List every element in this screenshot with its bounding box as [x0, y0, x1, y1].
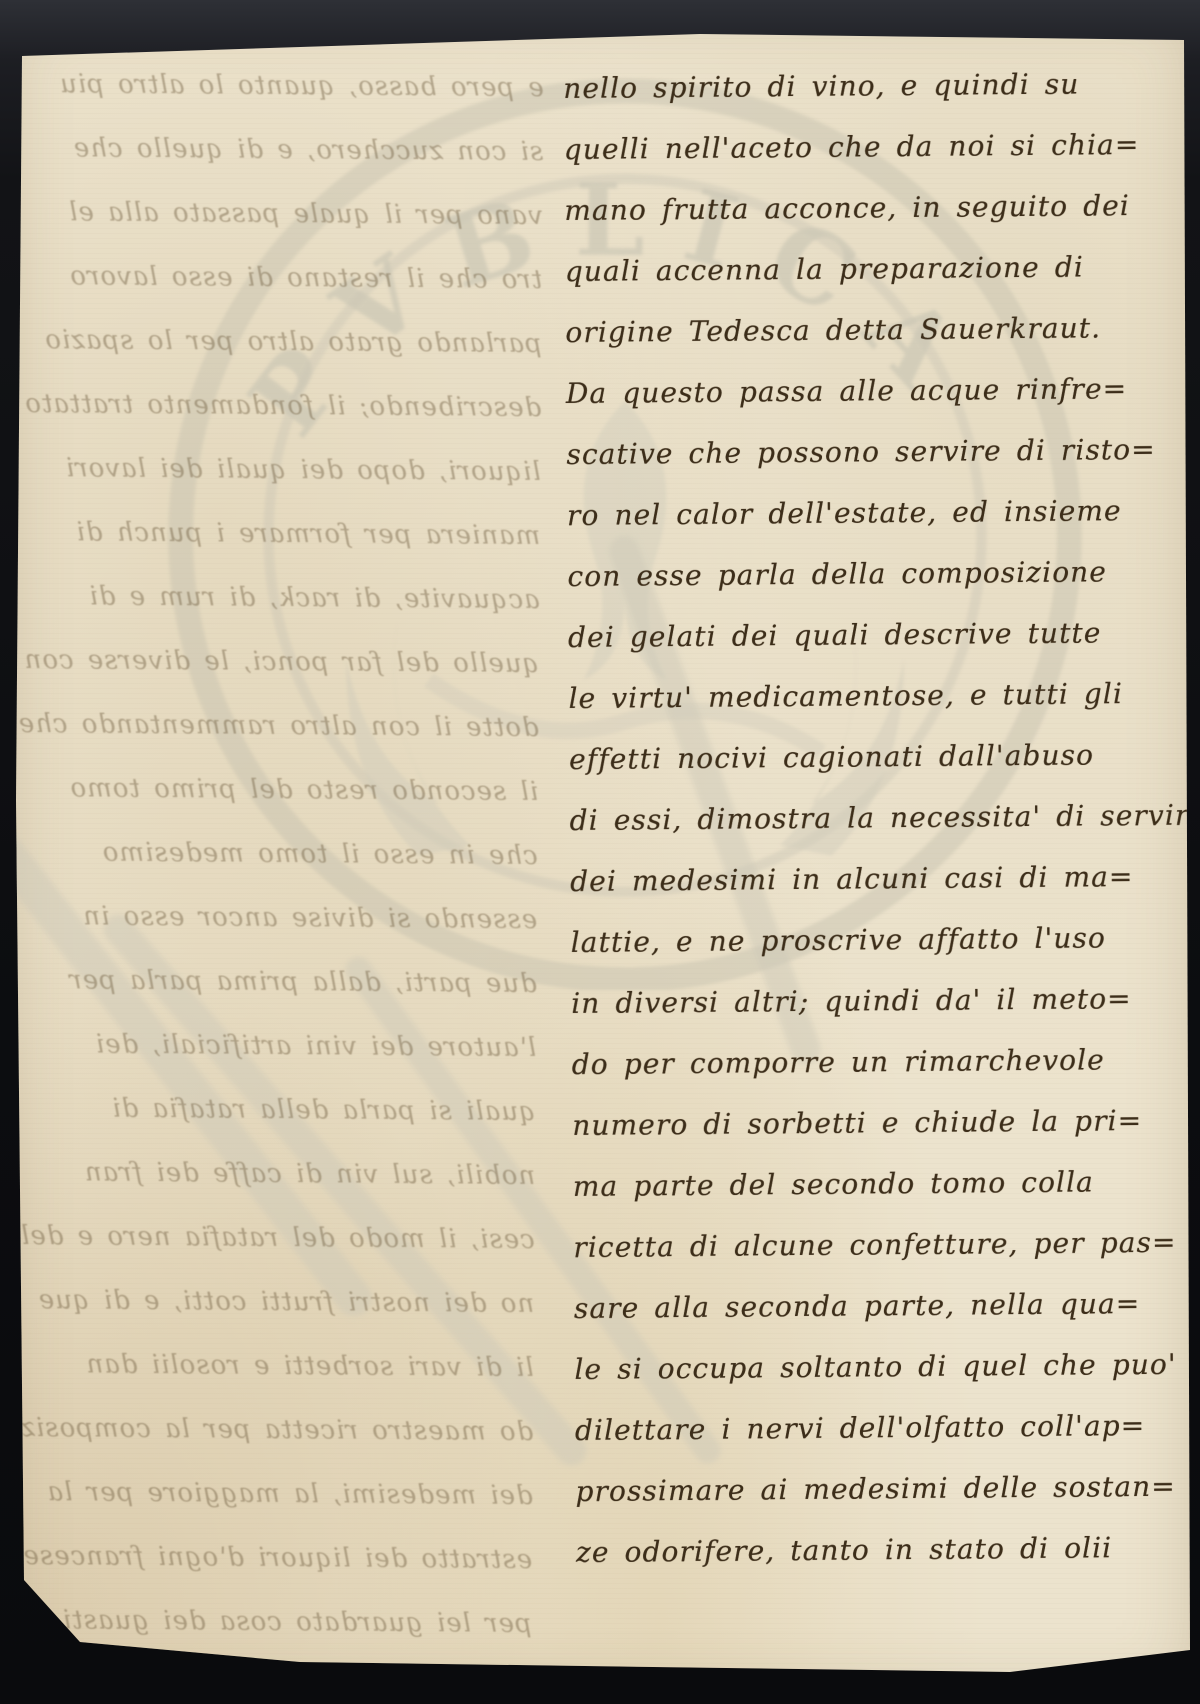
manuscript-line: mano frutta acconce, in seguito dei [564, 175, 1179, 241]
bleedthrough-line: per lei guardato cosa dei guasti [23, 1588, 531, 1656]
bleedthrough-line: quello del far ponci, le diverse con [31, 628, 539, 696]
bleedthrough-line: e pero basso, quanto lo altro piu [35, 52, 543, 120]
bleedthrough-line: quali si parla della ratafia di [27, 1076, 535, 1144]
bleedthrough-line: estratto dei liquori d'ogni francese [24, 1524, 532, 1592]
manuscript-line: quali accenna la preparazione di [565, 236, 1180, 302]
bleedthrough-line: si con zucchero, e di quello che [35, 116, 543, 184]
manuscript-line: ma parte del secondo tomo colla [573, 1151, 1188, 1217]
manuscript-line: di essi, dimostra la necessita' di servi… [569, 785, 1184, 851]
bleedthrough-line: parlando grato altro per lo spazio [33, 308, 541, 376]
bleedthrough-line: no dei nostri frutti cotti, e di que [26, 1268, 534, 1336]
manuscript-line: nello spirito di vino, e quindi su [563, 53, 1178, 119]
manuscript-line: quelli nell'aceto che da noi si chia= [564, 114, 1179, 180]
bleedthrough-line: tro che il restano di esso lavoro [34, 244, 542, 312]
manuscript-line: dei medesimi in alcuni casi di ma= [570, 846, 1185, 912]
manuscript-line: ze odorifere, tanto in stato di olii [576, 1517, 1191, 1583]
manuscript-line: dilettare i nervi dell'olfatto coll'ap= [575, 1395, 1190, 1461]
manuscript-line: con esse parla della composizione [567, 541, 1182, 607]
bleedthrough-line: che in esso il tomo medesimo [29, 820, 537, 888]
photo-frame: { "page": { "number": "8" }, "stamp": { … [0, 0, 1200, 1704]
manuscript-line: dei gelati dei quali descrive tutte [568, 602, 1183, 668]
bleedthrough-column: e pero basso, quanto lo altro piusi con … [23, 52, 544, 1656]
bleedthrough-line: vano per il quale passato alla el [34, 180, 542, 248]
manuscript-line: origine Tedesca detta Sauerkraut. [565, 297, 1180, 363]
manuscript-text-column: nello spirito di vino, e quindi suquelli… [563, 53, 1190, 1583]
manuscript-page: PVBLICA 8 e pero basso, quanto lo altro … [0, 0, 1200, 1704]
bleedthrough-line: essendo si divise ancor esso in [29, 884, 537, 952]
bleedthrough-line: due parti, dalla prima parla per [28, 948, 536, 1016]
manuscript-line: le si occupa soltanto di quel che puo' [574, 1334, 1189, 1400]
bleedthrough-line: dei medesimi, la maggiore per la [24, 1460, 532, 1528]
manuscript-line: lattie, e ne proscrive affatto l'uso [570, 907, 1185, 973]
manuscript-line: sare alla seconda parte, nella qua= [574, 1273, 1189, 1339]
bleedthrough-line: cesi, il modo del ratafia nero e del vi [26, 1204, 534, 1272]
manuscript-line: Da questo passa alle acque rinfre= [566, 358, 1181, 424]
manuscript-line: do per comporre un rimarchevole [572, 1029, 1187, 1095]
manuscript-line: le virtu' medicamentose, e tutti gli [568, 663, 1183, 729]
manuscript-line: numero di sorbetti e chiude la pri= [572, 1090, 1187, 1156]
manuscript-line: ro nel calor dell'estate, ed insieme [567, 480, 1182, 546]
manuscript-line: in diversi altri; quindi da' il meto= [571, 968, 1186, 1034]
bleedthrough-line: il secondo resto del primo tomo [30, 756, 538, 824]
bleedthrough-line: maniera per formare i punch di [32, 500, 540, 568]
bleedthrough-line: li di vari sorbetti e rosolii dan [25, 1332, 533, 1400]
page-number: 8 [89, 27, 106, 54]
bleedthrough-line: l'autore dei vini artificiali, dei [28, 1012, 536, 1080]
bleedthrough-line: nobili, sul vin di caffe dei fran [27, 1140, 535, 1208]
manuscript-line: ricetta di alcune confetture, per pas= [573, 1212, 1188, 1278]
bleedthrough-line: acquavite, di rack, di rum e di [31, 564, 539, 632]
bleedthrough-text: e pero basso, quanto lo altro piusi con … [23, 52, 544, 1656]
manuscript-line: prossimare ai medesimi delle sostan= [575, 1456, 1190, 1522]
bleedthrough-line: dotte il con altro rammentando che [30, 692, 538, 760]
bleedthrough-line: liquori, dopo dei quali dei lavori [32, 436, 540, 504]
bleedthrough-line: describendo; il fondamento trattato [33, 372, 541, 440]
bleedthrough-line: do maestro ricetta per la composizione [25, 1396, 533, 1464]
manuscript-line: scative che possono servire di risto= [566, 419, 1181, 485]
manuscript-line: effetti nocivi cagionati dall'abuso [569, 724, 1184, 790]
